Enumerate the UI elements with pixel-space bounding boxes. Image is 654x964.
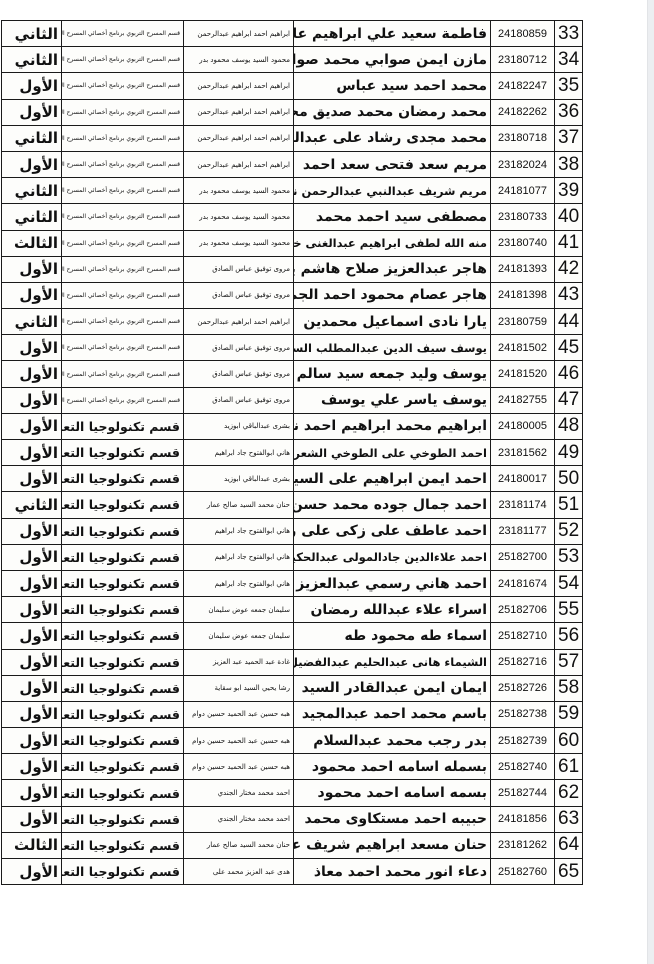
student-id-cell: 25182700 bbox=[491, 544, 555, 570]
student-name-cell: مريم شريف عبدالنبي عبدالرحمن نعيم bbox=[294, 178, 491, 204]
supervisor-cell: ابراهيم احمد ابراهيم عبدالرحمن bbox=[184, 151, 294, 177]
level-cell: الأول bbox=[2, 466, 62, 492]
level-cell: الثاني bbox=[2, 309, 62, 335]
supervisor-cell: هاني ابوالفتوح جاد ابراهيم bbox=[184, 570, 294, 596]
table-row: الأولقسم تكنولوجيا التعليمغادة عبد الحمي… bbox=[2, 649, 583, 675]
level-cell: الأول bbox=[2, 361, 62, 387]
supervisor-cell: احمد محمد مختار الجندي bbox=[184, 806, 294, 832]
supervisor-cell: حنان محمد السيد صالح عمار bbox=[184, 492, 294, 518]
department-cell: قسم تكنولوجيا التعليم bbox=[62, 701, 184, 727]
department-cell: قسم المسرح التربوي برنامج أخصائي المسرح … bbox=[62, 73, 184, 99]
student-name-cell: احمد علاءالدين جادالمولى عبدالحكيم bbox=[294, 544, 491, 570]
supervisor-cell: محمود السيد يوسف محمود بدر bbox=[184, 47, 294, 73]
row-number-cell: 57 bbox=[555, 649, 583, 675]
table-row: الأولقسم المسرح التربوي برنامج أخصائي ال… bbox=[2, 99, 583, 125]
student-id-cell: 24181520 bbox=[491, 361, 555, 387]
supervisor-cell: ابراهيم احمد ابراهيم عبدالرحمن bbox=[184, 21, 294, 47]
row-number-cell: 39 bbox=[555, 178, 583, 204]
department-cell: قسم المسرح التربوي برنامج أخصائي المسرح … bbox=[62, 387, 184, 413]
student-id-cell: 24181398 bbox=[491, 282, 555, 308]
student-id-cell: 25182726 bbox=[491, 675, 555, 701]
student-name-cell: احمد ايمن ابراهيم على السيد bbox=[294, 466, 491, 492]
level-cell: الثاني bbox=[2, 21, 62, 47]
table-row: الثالثقسم تكنولوجيا التعليمحنان محمد الس… bbox=[2, 832, 583, 858]
supervisor-cell: هاني ابوالفتوح جاد ابراهيم bbox=[184, 518, 294, 544]
department-cell: قسم المسرح التربوي برنامج أخصائي المسرح … bbox=[62, 309, 184, 335]
table-row: الأولقسم تكنولوجيا التعليمهاني ابوالفتوح… bbox=[2, 518, 583, 544]
department-cell: قسم تكنولوجيا التعليم bbox=[62, 728, 184, 754]
table-row: الأولقسم تكنولوجيا التعليمرشا يحيي السيد… bbox=[2, 675, 583, 701]
level-cell: الأول bbox=[2, 570, 62, 596]
level-cell: الأول bbox=[2, 440, 62, 466]
student-id-cell: 24181674 bbox=[491, 570, 555, 596]
roster-body: الثانيقسم المسرح التربوي برنامج أخصائي ا… bbox=[2, 21, 583, 885]
department-cell: قسم تكنولوجيا التعليم bbox=[62, 675, 184, 701]
table-row: الثانيقسم المسرح التربوي برنامج أخصائي ا… bbox=[2, 309, 583, 335]
table-row: الأولقسم تكنولوجيا التعليمهاني ابوالفتوح… bbox=[2, 544, 583, 570]
student-name-cell: محمد مجدى رشاد على عبدالهادى bbox=[294, 125, 491, 151]
table-row: الأولقسم تكنولوجيا التعليمهبه حسين عبد ا… bbox=[2, 728, 583, 754]
table-row: الأولقسم تكنولوجيا التعليمهاني ابوالفتوح… bbox=[2, 570, 583, 596]
level-cell: الأول bbox=[2, 151, 62, 177]
student-name-cell: حنان مسعد ابراهيم شريف عليمى bbox=[294, 832, 491, 858]
supervisor-cell: هبه حسين عبد الحميد حسين دوام bbox=[184, 754, 294, 780]
row-number-cell: 44 bbox=[555, 309, 583, 335]
student-id-cell: 24180017 bbox=[491, 466, 555, 492]
table-row: الأولقسم المسرح التربوي برنامج أخصائي ال… bbox=[2, 387, 583, 413]
supervisor-cell: مروى توفيق عباس الصادق bbox=[184, 335, 294, 361]
supervisor-cell: مروى توفيق عباس الصادق bbox=[184, 361, 294, 387]
department-cell: قسم المسرح التربوي برنامج أخصائي المسرح … bbox=[62, 21, 184, 47]
level-cell: الأول bbox=[2, 623, 62, 649]
row-number-cell: 65 bbox=[555, 859, 583, 885]
department-cell: قسم تكنولوجيا التعليم bbox=[62, 597, 184, 623]
level-cell: الثاني bbox=[2, 204, 62, 230]
student-name-cell: دعاء انور محمد احمد معاذ bbox=[294, 859, 491, 885]
student-id-cell: 24182247 bbox=[491, 73, 555, 99]
department-cell: قسم المسرح التربوي برنامج أخصائي المسرح … bbox=[62, 47, 184, 73]
table-row: الأولقسم المسرح التربوي برنامج أخصائي ال… bbox=[2, 282, 583, 308]
supervisor-cell: احمد محمد مختار الجندي bbox=[184, 780, 294, 806]
level-cell: الأول bbox=[2, 597, 62, 623]
department-cell: قسم المسرح التربوي برنامج أخصائي المسرح … bbox=[62, 256, 184, 282]
student-id-cell: 25182710 bbox=[491, 623, 555, 649]
level-cell: الأول bbox=[2, 518, 62, 544]
student-name-cell: مصطفى سيد احمد محمد bbox=[294, 204, 491, 230]
level-cell: الأول bbox=[2, 387, 62, 413]
level-cell: الأول bbox=[2, 806, 62, 832]
student-id-cell: 25182716 bbox=[491, 649, 555, 675]
row-number-cell: 37 bbox=[555, 125, 583, 151]
student-id-cell: 23181262 bbox=[491, 832, 555, 858]
level-cell: الأول bbox=[2, 728, 62, 754]
student-name-cell: احمد جمال جوده محمد حسن bbox=[294, 492, 491, 518]
student-roster-table: الثانيقسم المسرح التربوي برنامج أخصائي ا… bbox=[1, 20, 583, 885]
student-name-cell: محمد رمضان محمد صديق محمد bbox=[294, 99, 491, 125]
student-id-cell: 24181077 bbox=[491, 178, 555, 204]
row-number-cell: 47 bbox=[555, 387, 583, 413]
student-id-cell: 25182706 bbox=[491, 597, 555, 623]
row-number-cell: 53 bbox=[555, 544, 583, 570]
student-name-cell: محمد احمد سيد عباس bbox=[294, 73, 491, 99]
level-cell: الثاني bbox=[2, 47, 62, 73]
supervisor-cell: هدى عبد العزيز محمد على bbox=[184, 859, 294, 885]
level-cell: الثاني bbox=[2, 492, 62, 518]
level-cell: الأول bbox=[2, 780, 62, 806]
row-number-cell: 43 bbox=[555, 282, 583, 308]
student-id-cell: 24182755 bbox=[491, 387, 555, 413]
level-cell: الأول bbox=[2, 675, 62, 701]
supervisor-cell: مروى توفيق عباس الصادق bbox=[184, 387, 294, 413]
department-cell: قسم تكنولوجيا التعليم bbox=[62, 649, 184, 675]
supervisor-cell: مروى توفيق عباس الصادق bbox=[184, 282, 294, 308]
student-name-cell: منه الله لطفى ابراهيم عبدالغنى خيرالله bbox=[294, 230, 491, 256]
page-edge-scrollbar bbox=[647, 0, 654, 964]
supervisor-cell: سليمان جمعه عوض سليمان bbox=[184, 623, 294, 649]
student-name-cell: يارا نادى اسماعيل محمدين bbox=[294, 309, 491, 335]
level-cell: الأول bbox=[2, 544, 62, 570]
supervisor-cell: ابراهيم احمد ابراهيم عبدالرحمن bbox=[184, 309, 294, 335]
row-number-cell: 52 bbox=[555, 518, 583, 544]
student-id-cell: 23181562 bbox=[491, 440, 555, 466]
student-name-cell: احمد هاني رسمي عبدالعزيز bbox=[294, 570, 491, 596]
level-cell: الأول bbox=[2, 649, 62, 675]
student-name-cell: حبيبه احمد مستكاوى محمد bbox=[294, 806, 491, 832]
student-name-cell: احمد الطوخي على الطوخي الشعراوي bbox=[294, 440, 491, 466]
table-row: الثالثقسم المسرح التربوي برنامج أخصائي ا… bbox=[2, 230, 583, 256]
student-id-cell: 23180718 bbox=[491, 125, 555, 151]
supervisor-cell: محمود السيد يوسف محمود بدر bbox=[184, 178, 294, 204]
supervisor-cell: بشرى عبدالباقي ابوزيد bbox=[184, 466, 294, 492]
row-number-cell: 46 bbox=[555, 361, 583, 387]
row-number-cell: 42 bbox=[555, 256, 583, 282]
student-id-cell: 25182739 bbox=[491, 728, 555, 754]
department-cell: قسم تكنولوجيا التعليم bbox=[62, 754, 184, 780]
department-cell: قسم تكنولوجيا التعليم bbox=[62, 780, 184, 806]
table-row: الأولقسم المسرح التربوي برنامج أخصائي ال… bbox=[2, 73, 583, 99]
supervisor-cell: هاني ابوالفتوح جاد ابراهيم bbox=[184, 440, 294, 466]
department-cell: قسم المسرح التربوي برنامج أخصائي المسرح … bbox=[62, 361, 184, 387]
student-name-cell: بسمه اسامه احمد محمود bbox=[294, 780, 491, 806]
row-number-cell: 59 bbox=[555, 701, 583, 727]
supervisor-cell: هاني ابوالفتوح جاد ابراهيم bbox=[184, 544, 294, 570]
supervisor-cell: رشا يحيي السيد ابو سقاية bbox=[184, 675, 294, 701]
table-row: الأولقسم تكنولوجيا التعليمهبه حسين عبد ا… bbox=[2, 701, 583, 727]
table-row: الثانيقسم المسرح التربوي برنامج أخصائي ا… bbox=[2, 125, 583, 151]
table-row: الثانيقسم المسرح التربوي برنامج أخصائي ا… bbox=[2, 21, 583, 47]
supervisor-cell: ابراهيم احمد ابراهيم عبدالرحمن bbox=[184, 99, 294, 125]
student-name-cell: هاجر عبدالعزيز صلاح هاشم يوسف bbox=[294, 256, 491, 282]
department-cell: قسم المسرح التربوي برنامج أخصائي المسرح … bbox=[62, 282, 184, 308]
row-number-cell: 34 bbox=[555, 47, 583, 73]
table-row: الأولقسم تكنولوجيا التعليمسليمان جمعه عو… bbox=[2, 597, 583, 623]
student-name-cell: يوسف ياسر علي يوسف bbox=[294, 387, 491, 413]
table-row: الأولقسم المسرح التربوي برنامج أخصائي ال… bbox=[2, 361, 583, 387]
department-cell: قسم تكنولوجيا التعليم bbox=[62, 544, 184, 570]
supervisor-cell: حنان محمد السيد صالح عمار bbox=[184, 832, 294, 858]
table-row: الأولقسم المسرح التربوي برنامج أخصائي ال… bbox=[2, 335, 583, 361]
table-row: الأولقسم المسرح التربوي برنامج أخصائي ال… bbox=[2, 151, 583, 177]
level-cell: الأول bbox=[2, 754, 62, 780]
student-id-cell: 23180733 bbox=[491, 204, 555, 230]
student-name-cell: ايمان ايمن عبدالقادر السيد bbox=[294, 675, 491, 701]
table-row: الثانيقسم المسرح التربوي برنامج أخصائي ا… bbox=[2, 178, 583, 204]
table-row: الأولقسم تكنولوجيا التعليمهاني ابوالفتوح… bbox=[2, 440, 583, 466]
student-name-cell: احمد عاطف على زكى على رضوان bbox=[294, 518, 491, 544]
supervisor-cell: ابراهيم احمد ابراهيم عبدالرحمن bbox=[184, 73, 294, 99]
student-id-cell: 24180005 bbox=[491, 413, 555, 439]
table-row: الأولقسم تكنولوجيا التعليمبشرى عبدالباقي… bbox=[2, 466, 583, 492]
level-cell: الثاني bbox=[2, 178, 62, 204]
department-cell: قسم المسرح التربوي برنامج أخصائي المسرح … bbox=[62, 204, 184, 230]
supervisor-cell: محمود السيد يوسف محمود بدر bbox=[184, 230, 294, 256]
row-number-cell: 49 bbox=[555, 440, 583, 466]
student-id-cell: 23182024 bbox=[491, 151, 555, 177]
level-cell: الثالث bbox=[2, 230, 62, 256]
student-id-cell: 25182738 bbox=[491, 701, 555, 727]
row-number-cell: 33 bbox=[555, 21, 583, 47]
table-row: الأولقسم تكنولوجيا التعليمسليمان جمعه عو… bbox=[2, 623, 583, 649]
table-row: الثانيقسم تكنولوجيا التعليمحنان محمد الس… bbox=[2, 492, 583, 518]
student-id-cell: 23180712 bbox=[491, 47, 555, 73]
student-name-cell: مريم سعد فتحى سعد احمد bbox=[294, 151, 491, 177]
student-name-cell: بدر رجب محمد عبدالسلام bbox=[294, 728, 491, 754]
department-cell: قسم المسرح التربوي برنامج أخصائي المسرح … bbox=[62, 335, 184, 361]
student-id-cell: 24182262 bbox=[491, 99, 555, 125]
department-cell: قسم المسرح التربوي برنامج أخصائي المسرح … bbox=[62, 178, 184, 204]
student-id-cell: 23180740 bbox=[491, 230, 555, 256]
level-cell: الأول bbox=[2, 335, 62, 361]
department-cell: قسم تكنولوجيا التعليم bbox=[62, 466, 184, 492]
student-id-cell: 25182744 bbox=[491, 780, 555, 806]
supervisor-cell: بشرى عبدالباقي ابوزيد bbox=[184, 413, 294, 439]
row-number-cell: 50 bbox=[555, 466, 583, 492]
row-number-cell: 54 bbox=[555, 570, 583, 596]
department-cell: قسم تكنولوجيا التعليم bbox=[62, 806, 184, 832]
student-id-cell: 25182760 bbox=[491, 859, 555, 885]
table-row: الأولقسم تكنولوجيا التعليمهبه حسين عبد ا… bbox=[2, 754, 583, 780]
row-number-cell: 63 bbox=[555, 806, 583, 832]
row-number-cell: 55 bbox=[555, 597, 583, 623]
row-number-cell: 60 bbox=[555, 728, 583, 754]
department-cell: قسم تكنولوجيا التعليم bbox=[62, 832, 184, 858]
student-name-cell: يوسف سيف الدين عبدالمطلب السيد ابراهيم bbox=[294, 335, 491, 361]
row-number-cell: 36 bbox=[555, 99, 583, 125]
student-id-cell: 24181856 bbox=[491, 806, 555, 832]
level-cell: الثاني bbox=[2, 125, 62, 151]
department-cell: قسم تكنولوجيا التعليم bbox=[62, 413, 184, 439]
table-row: الأولقسم المسرح التربوي برنامج أخصائي ال… bbox=[2, 256, 583, 282]
student-id-cell: 23181174 bbox=[491, 492, 555, 518]
row-number-cell: 51 bbox=[555, 492, 583, 518]
level-cell: الأول bbox=[2, 859, 62, 885]
row-number-cell: 61 bbox=[555, 754, 583, 780]
department-cell: قسم تكنولوجيا التعليم bbox=[62, 859, 184, 885]
department-cell: قسم المسرح التربوي برنامج أخصائي المسرح … bbox=[62, 151, 184, 177]
supervisor-cell: محمود السيد يوسف محمود بدر bbox=[184, 204, 294, 230]
level-cell: الأول bbox=[2, 413, 62, 439]
level-cell: الأول bbox=[2, 282, 62, 308]
student-id-cell: 25182740 bbox=[491, 754, 555, 780]
row-number-cell: 35 bbox=[555, 73, 583, 99]
department-cell: قسم تكنولوجيا التعليم bbox=[62, 492, 184, 518]
level-cell: الأول bbox=[2, 701, 62, 727]
student-name-cell: باسم محمد احمد عبدالمجيد bbox=[294, 701, 491, 727]
supervisor-cell: سليمان جمعه عوض سليمان bbox=[184, 597, 294, 623]
department-cell: قسم المسرح التربوي برنامج أخصائي المسرح … bbox=[62, 125, 184, 151]
student-id-cell: 23180759 bbox=[491, 309, 555, 335]
row-number-cell: 48 bbox=[555, 413, 583, 439]
level-cell: الأول bbox=[2, 99, 62, 125]
table-row: الأولقسم تكنولوجيا التعليمبشرى عبدالباقي… bbox=[2, 413, 583, 439]
row-number-cell: 38 bbox=[555, 151, 583, 177]
supervisor-cell: هبه حسين عبد الحميد حسين دوام bbox=[184, 728, 294, 754]
row-number-cell: 56 bbox=[555, 623, 583, 649]
student-id-cell: 24180859 bbox=[491, 21, 555, 47]
department-cell: قسم المسرح التربوي برنامج أخصائي المسرح … bbox=[62, 99, 184, 125]
student-id-cell: 24181393 bbox=[491, 256, 555, 282]
student-name-cell: هاجر عصام محمود احمد الجمال bbox=[294, 282, 491, 308]
student-name-cell: يوسف وليد جمعه سيد سالم bbox=[294, 361, 491, 387]
level-cell: الأول bbox=[2, 256, 62, 282]
department-cell: قسم تكنولوجيا التعليم bbox=[62, 623, 184, 649]
level-cell: الأول bbox=[2, 73, 62, 99]
table-row: الأولقسم تكنولوجيا التعليماحمد محمد مختا… bbox=[2, 780, 583, 806]
student-id-cell: 24181502 bbox=[491, 335, 555, 361]
department-cell: قسم المسرح التربوي برنامج أخصائي المسرح … bbox=[62, 230, 184, 256]
table-row: الثانيقسم المسرح التربوي برنامج أخصائي ا… bbox=[2, 204, 583, 230]
supervisor-cell: مروى توفيق عباس الصادق bbox=[184, 256, 294, 282]
row-number-cell: 41 bbox=[555, 230, 583, 256]
department-cell: قسم تكنولوجيا التعليم bbox=[62, 440, 184, 466]
supervisor-cell: هبه حسين عبد الحميد حسين دوام bbox=[184, 701, 294, 727]
row-number-cell: 62 bbox=[555, 780, 583, 806]
student-name-cell: ابراهيم محمد ابراهيم احمد نوار bbox=[294, 413, 491, 439]
student-id-cell: 23181177 bbox=[491, 518, 555, 544]
level-cell: الثالث bbox=[2, 832, 62, 858]
table-row: الثانيقسم المسرح التربوي برنامج أخصائي ا… bbox=[2, 47, 583, 73]
row-number-cell: 40 bbox=[555, 204, 583, 230]
supervisor-cell: ابراهيم احمد ابراهيم عبدالرحمن bbox=[184, 125, 294, 151]
student-name-cell: بسمله اسامه احمد محمود bbox=[294, 754, 491, 780]
table-row: الأولقسم تكنولوجيا التعليمهدى عبد العزيز… bbox=[2, 859, 583, 885]
department-cell: قسم تكنولوجيا التعليم bbox=[62, 570, 184, 596]
supervisor-cell: غادة عبد الحميد عبد العزيز bbox=[184, 649, 294, 675]
row-number-cell: 58 bbox=[555, 675, 583, 701]
department-cell: قسم تكنولوجيا التعليم bbox=[62, 518, 184, 544]
student-name-cell: الشيماء هانى عبدالحليم عبدالفضيل bbox=[294, 649, 491, 675]
table-row: الأولقسم تكنولوجيا التعليماحمد محمد مختا… bbox=[2, 806, 583, 832]
student-name-cell: فاطمة سعيد علي ابراهيم علي bbox=[294, 21, 491, 47]
student-name-cell: اسراء علاء عبدالله رمضان bbox=[294, 597, 491, 623]
student-name-cell: اسماء طه محمود طه bbox=[294, 623, 491, 649]
row-number-cell: 64 bbox=[555, 832, 583, 858]
row-number-cell: 45 bbox=[555, 335, 583, 361]
student-name-cell: مازن ايمن صوابي محمد صوابي bbox=[294, 47, 491, 73]
